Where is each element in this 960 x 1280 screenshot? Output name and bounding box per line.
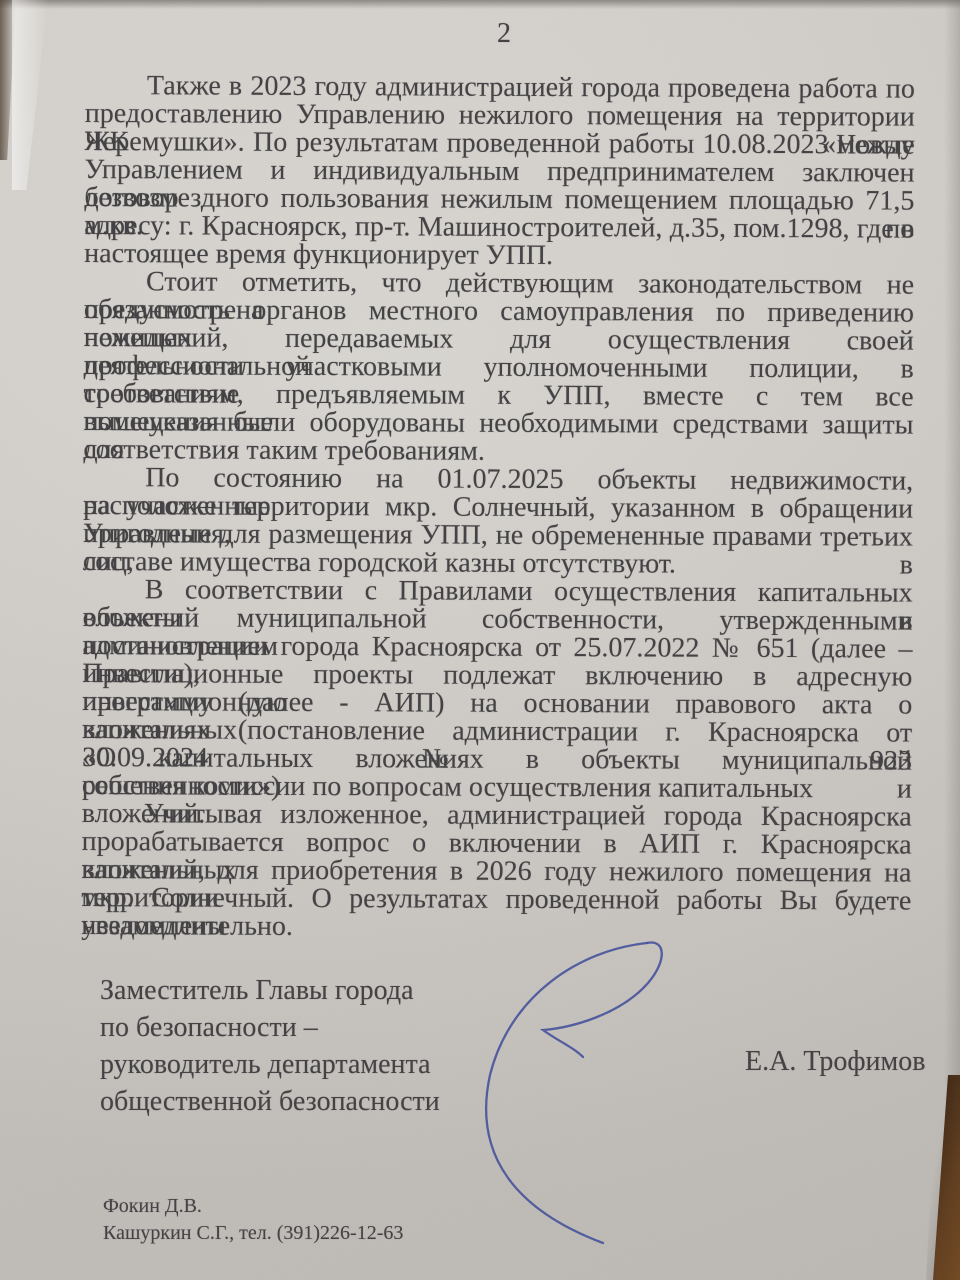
signatory-title-line: общественной безопасности (100, 1083, 520, 1120)
signature-stroke (543, 943, 662, 1057)
page-number: 2 (497, 18, 511, 50)
text-line: незамедлительно. (81, 912, 911, 944)
executor-line: Фокин Д.В. (103, 1193, 403, 1220)
document-photo: 2 Также в 2023 году администрацией город… (0, 0, 960, 1280)
photo-top-shadow (0, 0, 960, 9)
executor-contacts: Фокин Д.В. Кашуркин С.Г., тел. (391)226-… (103, 1193, 403, 1247)
paper-edge-highlight (12, 0, 48, 190)
signatory-name: Е.А. Трофимов (745, 1046, 925, 1078)
paragraph: По состоянию на 01.07.2025 объекты недви… (83, 464, 913, 580)
signatory-title: Заместитель Главы города по безопасности… (100, 972, 520, 1120)
paragraph: В соответствии с Правилами осуществления… (82, 576, 913, 804)
signatory-title-line: по безопасности – (100, 1009, 520, 1046)
signatory-title-line: руководитель департамента (100, 1046, 520, 1083)
signatory-title-line: Заместитель Главы города (100, 972, 520, 1009)
executor-line: Кашуркин С.Г., тел. (391)226-12-63 (103, 1220, 403, 1247)
paragraph: Учитывая изложенное, администрацией горо… (81, 800, 912, 944)
letter-body: Также в 2023 году администрацией города … (81, 72, 915, 944)
paragraph: Также в 2023 году администрацией города … (84, 72, 915, 272)
paragraph: Стоит отметить, что действующим законода… (83, 268, 914, 468)
